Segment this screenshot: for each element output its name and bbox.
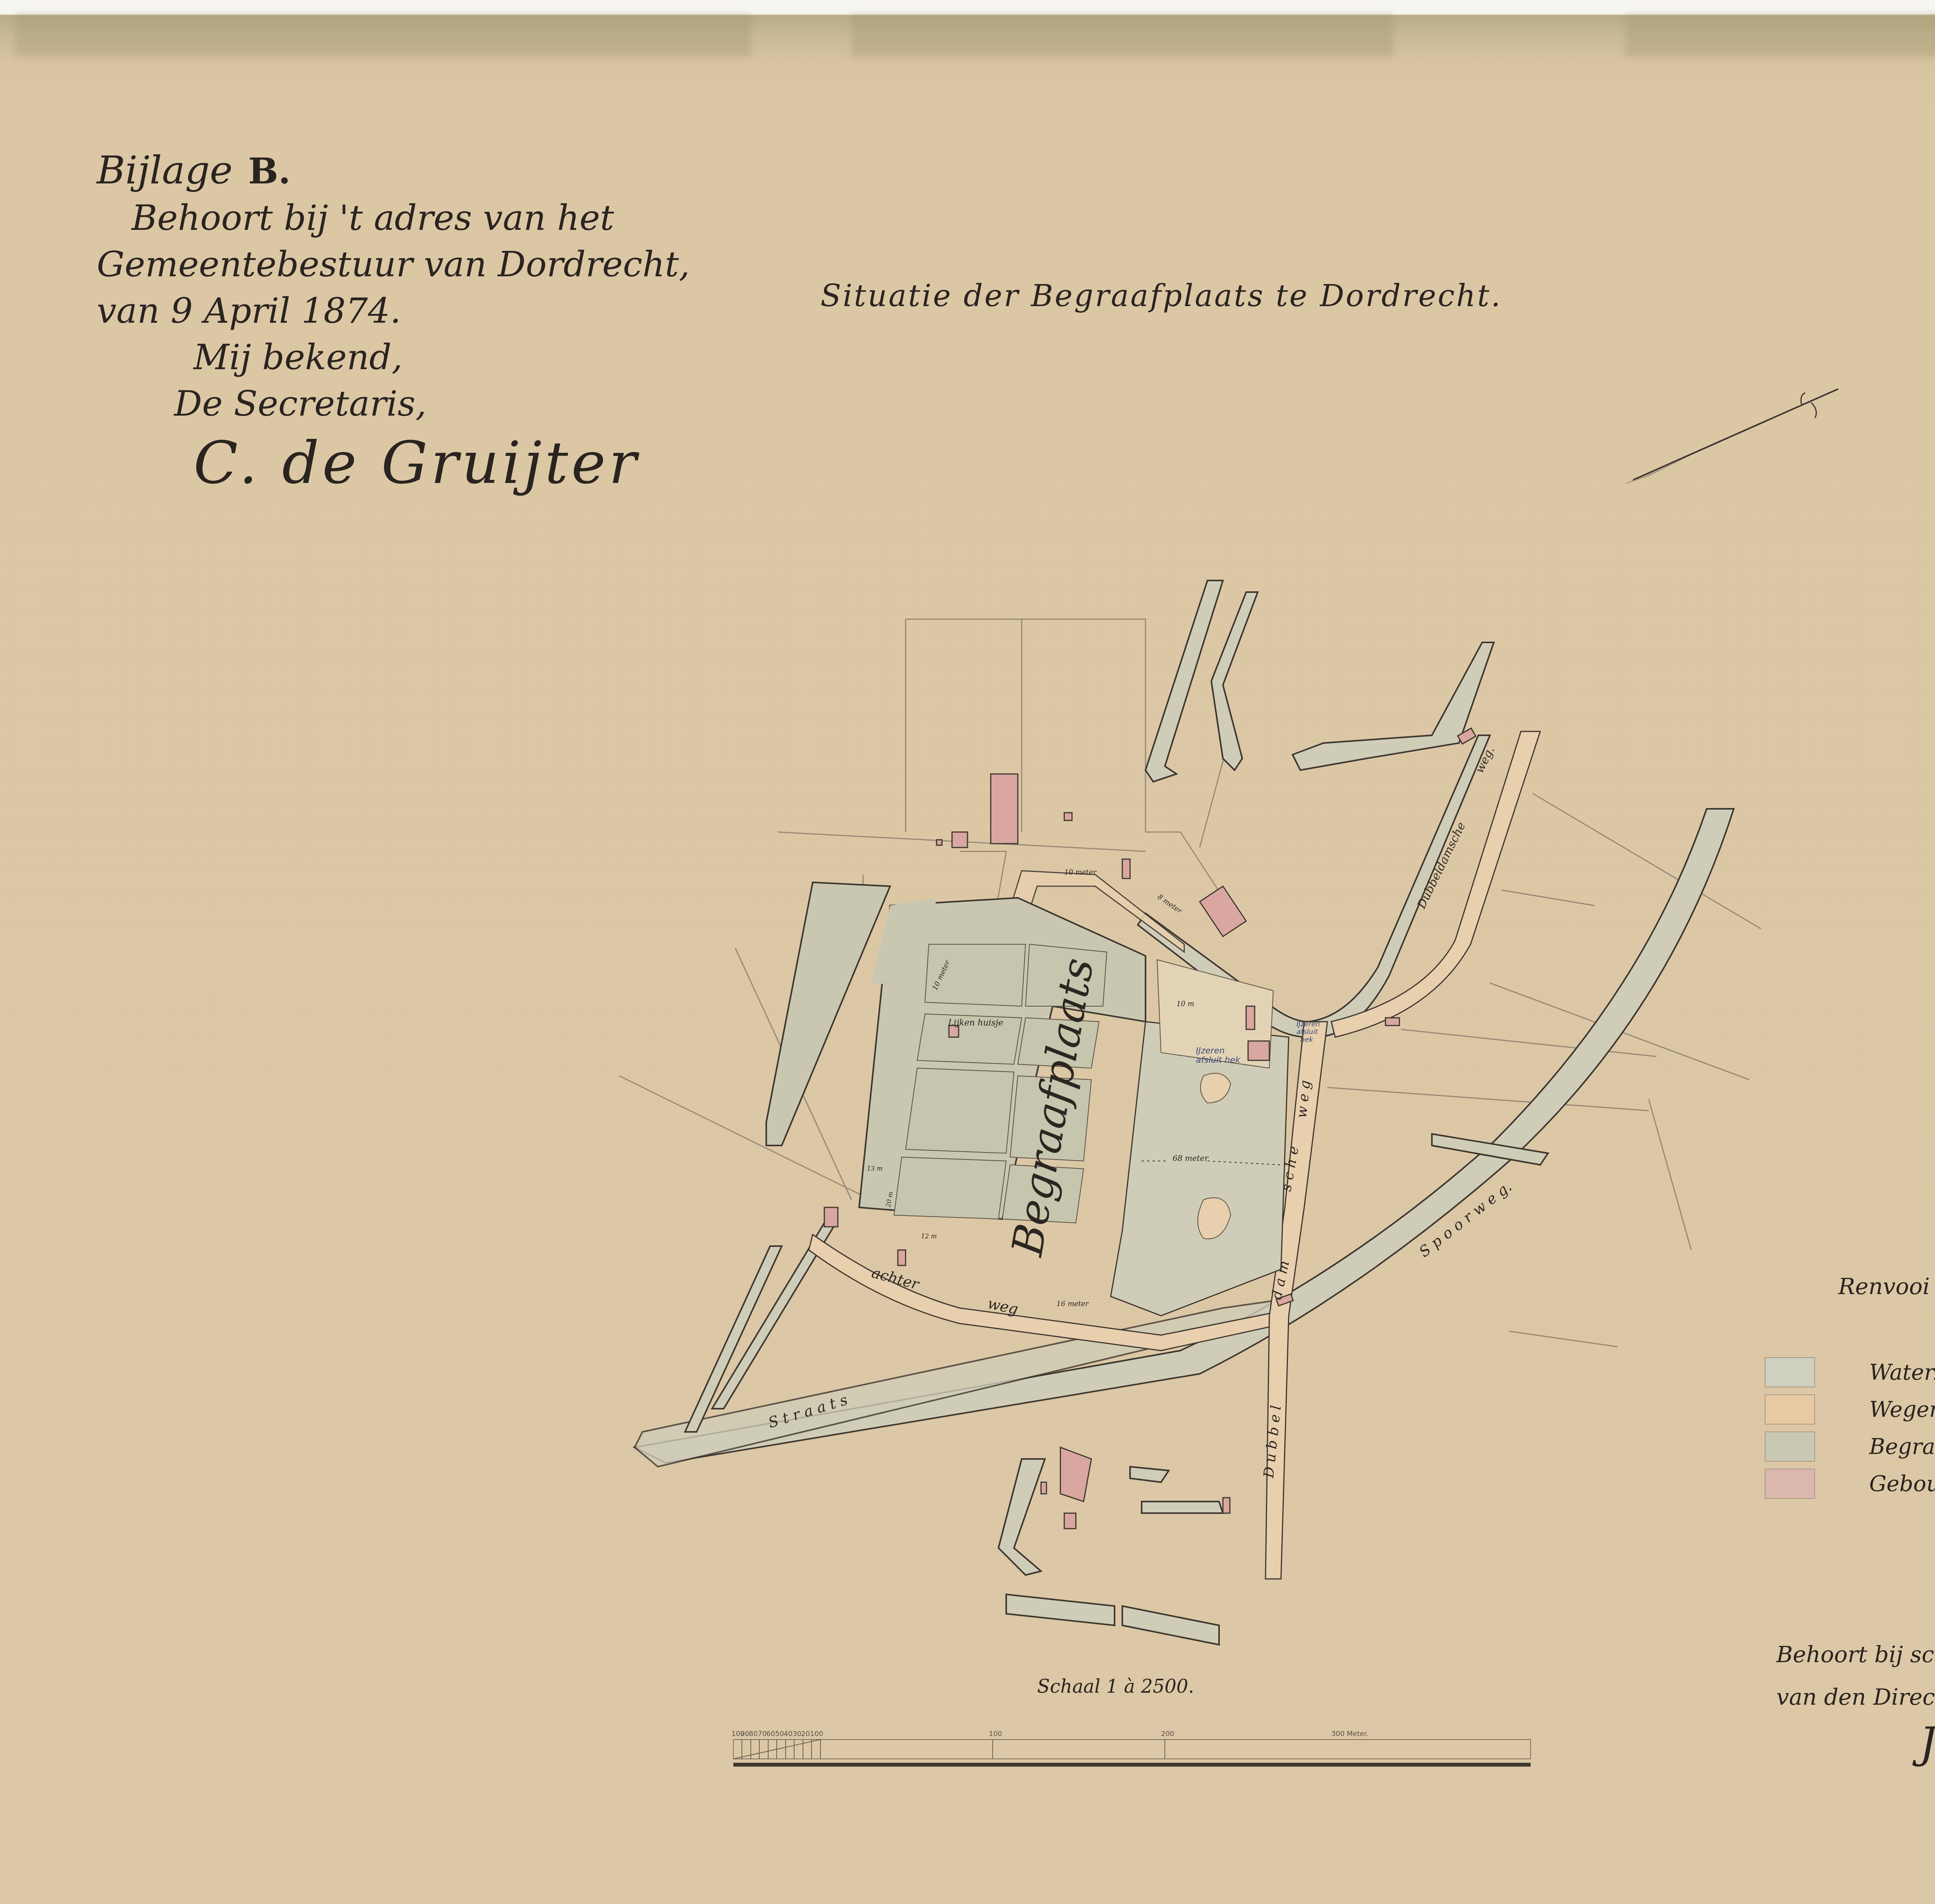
secretary-signature: C. de Gruijter — [193, 430, 640, 497]
gate-1-label-line1: IJzeren — [1196, 1046, 1225, 1056]
dimension-10m-top: 10 meter — [1064, 868, 1097, 877]
gate-2-label-line1: IJzeren — [1296, 1020, 1320, 1028]
annex-heading-script: Bijlage — [97, 147, 233, 193]
legend-title: Renvooi — [1838, 1273, 1935, 1300]
legend: Renvooi Water. Wegen. Begraafplaats. Geb… — [1765, 1273, 1935, 1502]
legend-swatch-water — [1765, 1357, 1815, 1387]
annex-heading-letter: B. — [248, 150, 291, 192]
dimension-10m-inner: 10 m — [1176, 1000, 1194, 1008]
dimension-8m: 8 meter — [1156, 893, 1184, 916]
scale-tick: 90 — [740, 1730, 749, 1738]
map-sheet: Begraafplaats achter weg S t r a a t s S… — [0, 0, 1935, 1904]
annex-role: De Secretaris, — [174, 381, 690, 427]
footer-note: Behoort bij schrijven No. 138 dd 5 April… — [1776, 1633, 1935, 1718]
scale-title: Schaal 1 à 2500. — [1037, 1676, 1194, 1697]
scale-tick: 40 — [784, 1730, 793, 1738]
legend-swatch-cemetery — [1765, 1431, 1815, 1462]
scale-tick: 50 — [775, 1730, 784, 1738]
legend-swatch-buildings — [1765, 1469, 1815, 1499]
scale-tick: 10 — [810, 1730, 819, 1738]
legend-item-water: Water. — [1765, 1354, 1935, 1391]
scale-tick: 60 — [766, 1730, 775, 1738]
dimension-16m: 16 meter — [1057, 1300, 1089, 1308]
legend-label: Begraafplaats. — [1869, 1434, 1935, 1459]
gate-2-label-line2: afsluit — [1296, 1028, 1318, 1036]
legend-item-buildings: Gebouwen. — [1765, 1465, 1935, 1502]
lijkenhuisje-label: Lijken huisje — [948, 1018, 1003, 1028]
annex-line-3: van 9 April 1874. — [97, 288, 690, 334]
legend-item-cemetery: Begraafplaats. — [1765, 1428, 1935, 1465]
gate-2-label-line3: hek — [1300, 1036, 1313, 1044]
annex-heading: BijlageB. — [97, 147, 690, 195]
dimension-12m: 12 m — [921, 1233, 937, 1240]
map-title: Situatie der Begraafplaats te Dordrecht. — [820, 279, 1502, 313]
legend-label: Gebouwen. — [1869, 1471, 1935, 1496]
annex-note: BijlageB. Behoort bij 't adres van het G… — [97, 147, 690, 427]
legend-swatch-roads — [1765, 1394, 1815, 1425]
scale-tick: 100 — [989, 1730, 1002, 1738]
scale-tick: 200 — [1161, 1730, 1174, 1738]
annex-line-1: Behoort bij 't adres van het — [132, 195, 690, 241]
legend-item-roads: Wegen. — [1765, 1391, 1935, 1428]
annex-attest: Mij bekend, — [193, 334, 690, 381]
scale-tick: 20 — [801, 1730, 810, 1738]
legend-label: Wegen. — [1869, 1397, 1935, 1422]
scale-tick: 0 — [819, 1730, 823, 1738]
scale-end-label: 300 Meter. — [1331, 1730, 1368, 1738]
legend-label: Water. — [1869, 1360, 1935, 1385]
footer-note-line-2: van den Directeur der Gemeentewerken — [1776, 1676, 1935, 1718]
annex-line-2: Gemeentebestuur van Dordrecht, — [97, 241, 690, 288]
north-arrow-icon — [1625, 389, 1838, 484]
dimension-13m: 13 m — [867, 1165, 883, 1172]
gate-1-label-line2: afsluit hek — [1196, 1055, 1241, 1065]
director-signature: J. van Vloten — [1920, 1718, 1935, 1768]
scale-tick-labels: 100 90 80 70 60 50 40 30 20 10 0 100 200… — [728, 1730, 1540, 1745]
scale-tick: 30 — [793, 1730, 801, 1738]
scale-tick: 70 — [758, 1730, 767, 1738]
scale-tick: 80 — [749, 1730, 758, 1738]
dimension-68m: 68 meter — [1173, 1154, 1209, 1163]
footer-note-line-1: Behoort bij schrijven No. 138 dd 5 April… — [1776, 1633, 1935, 1676]
